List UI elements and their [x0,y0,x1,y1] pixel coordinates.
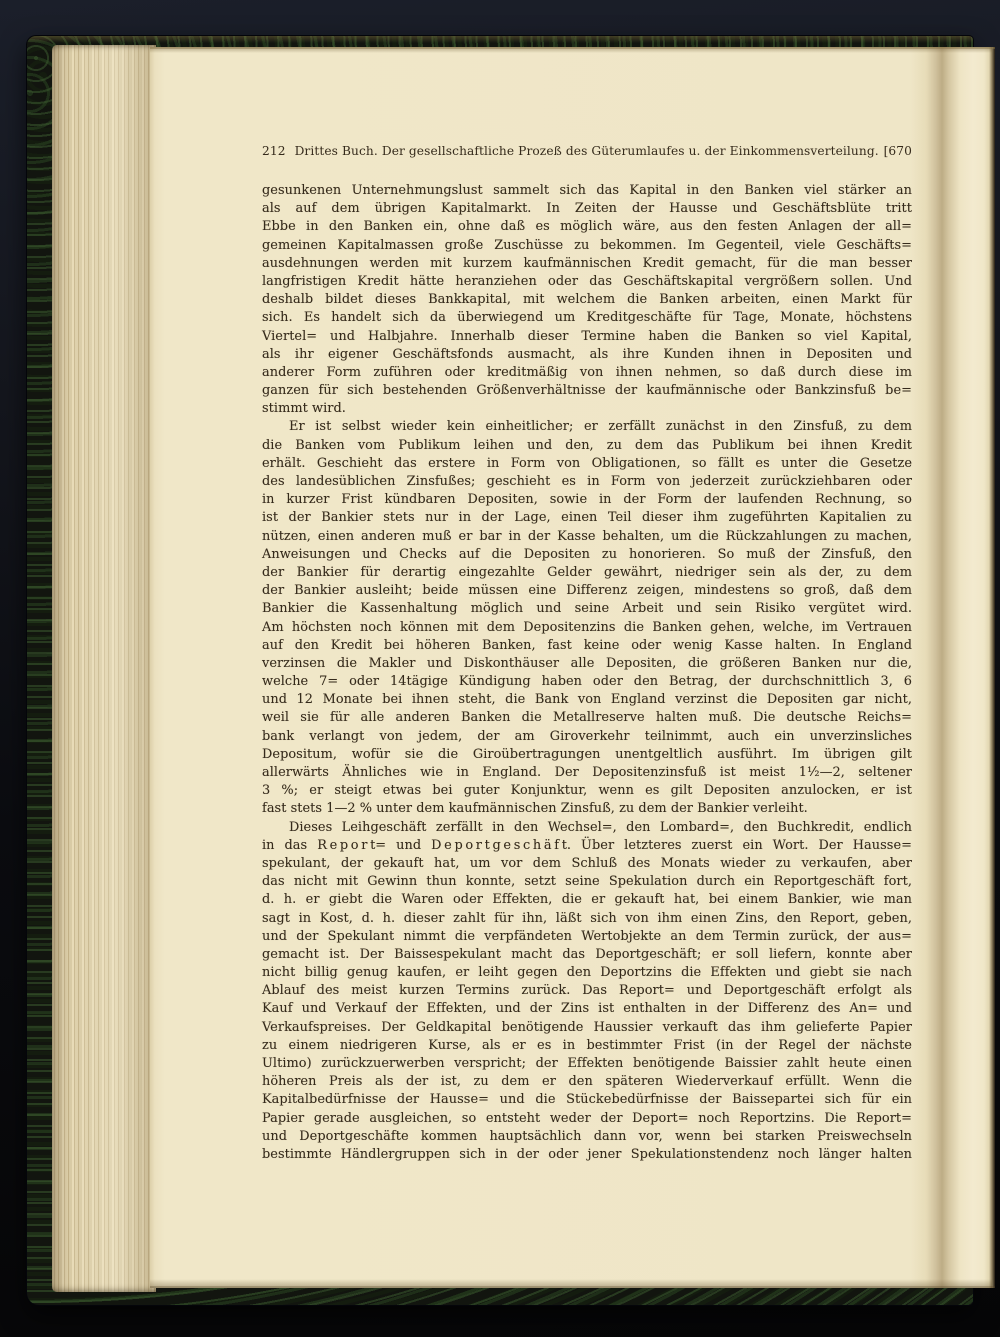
text-line: als ihr eigener Geschäftsfonds ausmacht,… [262,346,912,364]
text-line: Kauf und Verkauf der Effekten, und der Z… [262,1000,912,1018]
text-line: Kapitalbedürfnisse der Hausse= und die S… [262,1091,912,1109]
text-line: das nicht mit Gewinn thun konnte, setzt … [262,873,912,891]
text-line: und der Spekulant nimmt die verpfändeten… [262,928,912,946]
text-line: Ablauf des meist kurzen Termins zurück. … [262,982,912,1000]
text-line: Anweisungen und Checks auf die Depositen… [262,546,912,564]
text-line: deshalb bildet dieses Bankkapital, mit w… [262,291,912,309]
page-header: 212Drittes Buch. Der gesellschaftliche P… [262,143,912,159]
text-line: nicht billig genug kaufen, er leiht gege… [262,964,912,982]
text-line: d. h. er giebt die Waren oder Effekten, … [262,891,912,909]
text-line: als auf dem übrigen Kapitalmarkt. In Zei… [262,200,912,218]
text-line: der Bankier für derartig eingezahlte Gel… [262,564,912,582]
text-line: zu einem niedrigeren Kurse, als er es in… [262,1037,912,1055]
text-line: ausdehnungen werden mit kurzem kaufmänni… [262,255,912,273]
book-photo: 212Drittes Buch. Der gesellschaftliche P… [0,0,1000,1337]
text-line: Depositum, wofür sie die Giroübertragung… [262,746,912,764]
text-line: Er ist selbst wieder kein einheitlicher;… [262,418,912,436]
text-line: Ultimo) zurückzuerwerben verspricht; der… [262,1055,912,1073]
text-line: auf den Kredit bei höheren Banken, fast … [262,637,912,655]
text-line: Viertel= und Halbjahre. Innerhalb dieser… [262,328,912,346]
body-text: gesunkenen Unternehmungslust sammelt sic… [262,182,912,1164]
text-line: die Banken vom Publikum leihen und den, … [262,437,912,455]
text-line: nützen, einen anderen muß er bar in der … [262,528,912,546]
text-line: und 12 Monate bei ihnen steht, die Bank … [262,691,912,709]
text-line: langfristigen Kredit hätte heranziehen o… [262,273,912,291]
text-line: Dieses Leihgeschäft zerfällt in den Wech… [262,819,912,837]
text-line: des landesüblichen Zinsfußes; geschieht … [262,473,912,491]
text-block: 212Drittes Buch. Der gesellschaftliche P… [262,143,912,1164]
text-line: der Bankier ausleiht; beide müssen eine … [262,582,912,600]
text-line: bestimmte Händlergruppen sich in der ode… [262,1146,912,1164]
text-line: sich. Es handelt sich da überwiegend um … [262,309,912,327]
book-page: 212Drittes Buch. Der gesellschaftliche P… [150,47,995,1288]
running-header-left: 212Drittes Buch. Der gesellschaftliche P… [262,143,879,159]
column-number: [670 [884,143,912,159]
text-line: spekulant, der gekauft hat, um vor dem S… [262,855,912,873]
text-line: allerwärts Ähnliches wie in England. Der… [262,764,912,782]
text-line: höheren Preis als der ist, zu dem er den… [262,1073,912,1091]
text-line: weil sie für alle anderen Banken die Met… [262,709,912,727]
text-line: und Deportgeschäfte kommen hauptsächlich… [262,1128,912,1146]
text-line: in das R e p o r t= und D e p o r t g e … [262,837,912,855]
text-line: ist der Bankier stets nur in der Lage, e… [262,509,912,527]
text-line: gesunkenen Unternehmungslust sammelt sic… [262,182,912,200]
running-title: Drittes Buch. Der gesellschaftliche Proz… [295,144,879,158]
text-line: bank verlangt von jedem, der am Giroverk… [262,728,912,746]
text-line: Am höchsten noch können mit dem Deposite… [262,619,912,637]
text-line: 3 %; er steigt etwas bei guter Konjunktu… [262,782,912,800]
text-line: welche 7= oder 14tägige Kündigung haben … [262,673,912,691]
text-line: Verkaufspreises. Der Geldkapital benötig… [262,1019,912,1037]
text-line: fast stets 1—2 % unter dem kaufmännische… [262,800,912,818]
text-line: anderer Form zuführen oder kreditmäßig v… [262,364,912,382]
text-line: Papier gerade ausgleichen, so entsteht w… [262,1110,912,1128]
text-line: Bankier die Kassenhaltung möglich und se… [262,600,912,618]
text-line: Ebbe in den Banken ein, ohne daß es mögl… [262,218,912,236]
text-line: verzinsen die Makler und Diskonthäuser a… [262,655,912,673]
text-line: ganzen für sich bestehenden Größenverhäl… [262,382,912,400]
text-line: erhält. Geschieht das erstere in Form vo… [262,455,912,473]
page-number: 212 [262,144,286,158]
text-line: in kurzer Frist kündbaren Depositen, sow… [262,491,912,509]
page-stack-fore-edge [52,45,156,1292]
text-line: gemeinen Kapitalmassen große Zuschüsse z… [262,237,912,255]
text-line: gemacht ist. Der Baissespekulant macht d… [262,946,912,964]
text-line: stimmt wird. [262,400,912,418]
text-line: sagt in Kost, d. h. dieser zahlt für ihn… [262,910,912,928]
